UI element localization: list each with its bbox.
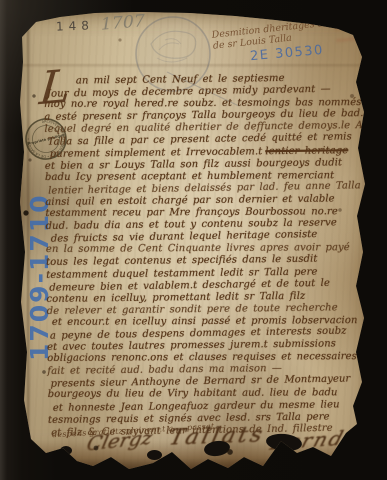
manuscript-lines: an mil sept Cent Neuf et le septiesmeJou… [44, 72, 360, 439]
manuscript-page: ARCHIVES DEPARTEMENTALES • DE LA SAVOIE … [0, 0, 387, 480]
manuscript-line: testamment receu par Mre françoys Bourbo… [45, 206, 357, 220]
pencil-year: 1707 [99, 11, 146, 35]
manuscript-line: bourgeoys du lieu de Viry habitant aud. … [48, 387, 360, 401]
folio-number: 148 [56, 18, 94, 33]
burn-hole [60, 446, 72, 455]
manuscript-line: moy no.re royal hered.re soubz. et tesmo… [44, 97, 356, 111]
torn-edge-fringe [20, 422, 367, 474]
struck-text: lentier heritage [265, 145, 348, 157]
manuscript-line: en la somme de Cent Cinquante livres apr… [46, 242, 358, 256]
photo-background: ARCHIVES DEPARTEMENTALES • DE LA SAVOIE … [0, 0, 387, 480]
burn-hole [147, 450, 162, 460]
